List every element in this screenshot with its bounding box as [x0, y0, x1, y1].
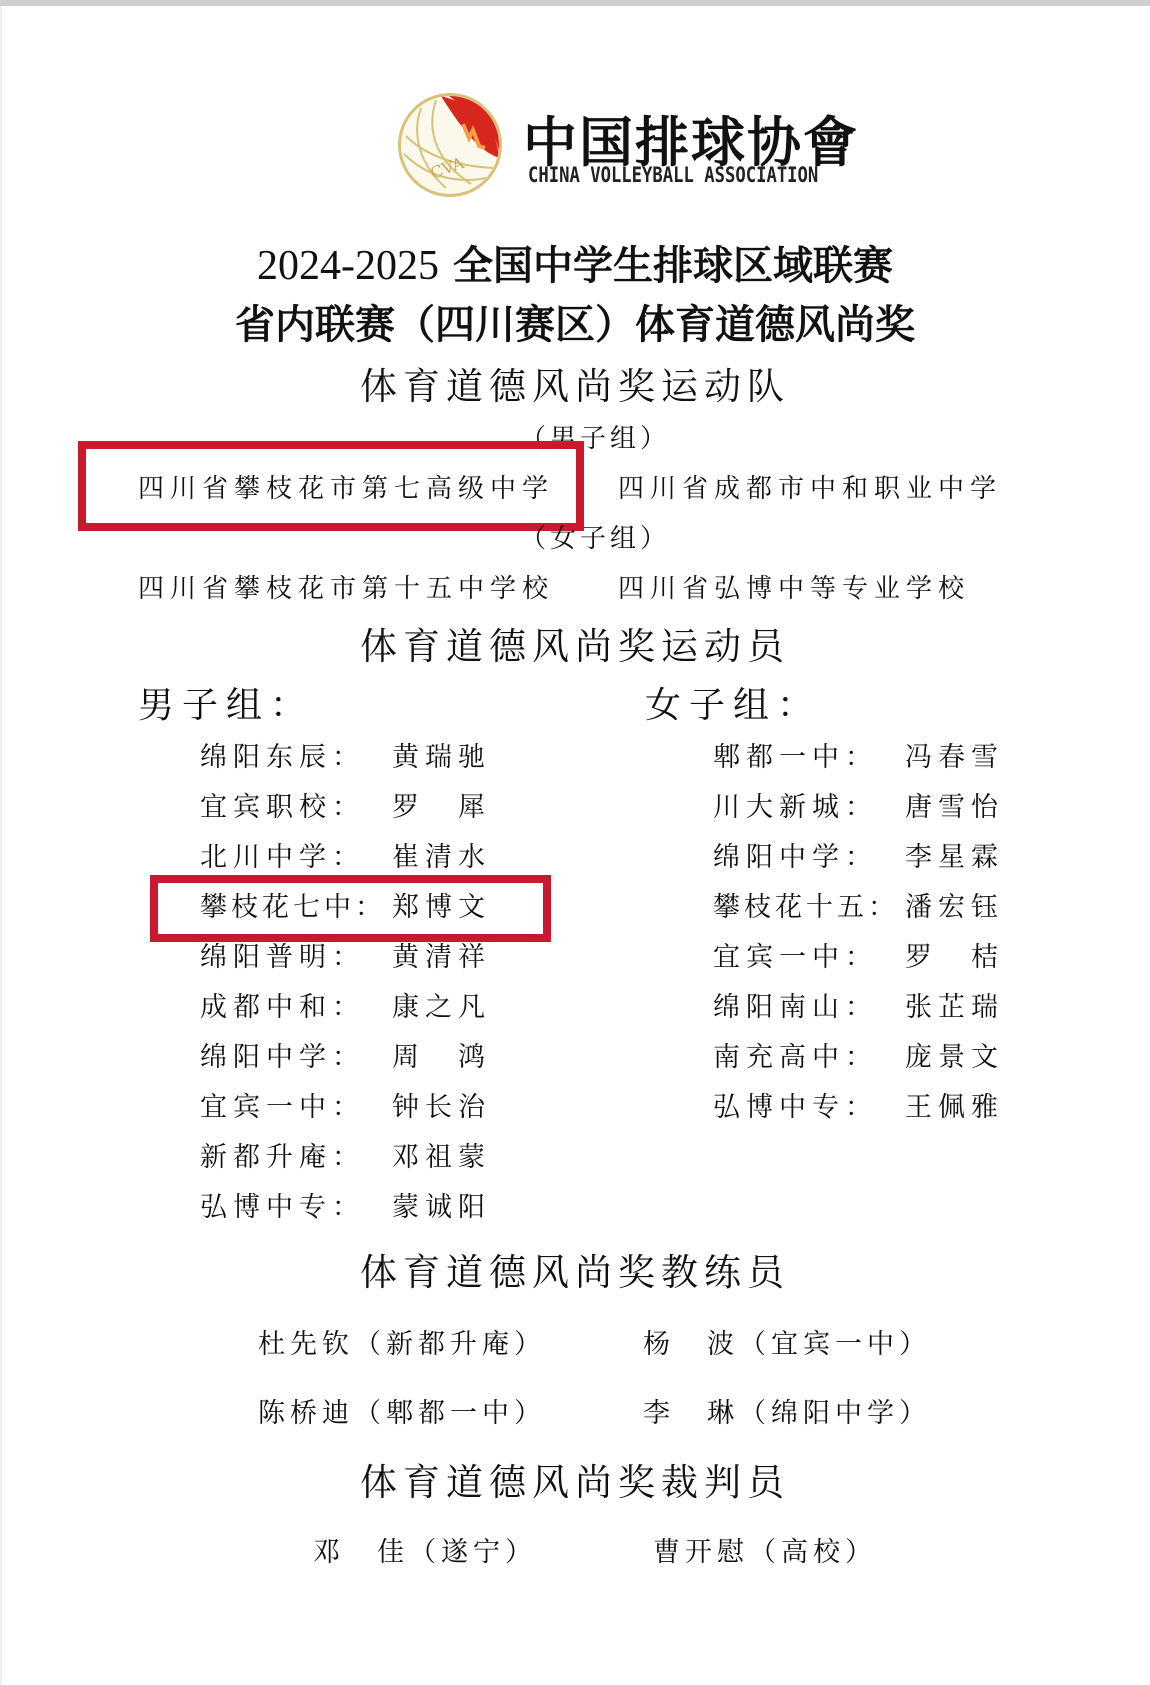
- athlete-female-name: 潘宏钰: [905, 885, 1004, 924]
- highlight-box-team: [78, 441, 584, 531]
- coach-item: 李 琳（绵阳中学）: [643, 1391, 931, 1430]
- athlete-male-org: 绵阳普明：: [200, 935, 365, 974]
- athlete-male-org: 绵阳东辰：: [200, 735, 365, 774]
- athlete-male-name: 周 鸿: [392, 1035, 491, 1074]
- athlete-female-org: 川大新城：: [713, 785, 878, 824]
- athletes-female-label: 女子组：: [645, 677, 821, 728]
- athlete-female-name: 罗 桔: [905, 935, 1004, 974]
- athlete-female-org: 宜宾一中：: [713, 935, 878, 974]
- athletes-heading: 体育道德风尚奖运动员: [0, 616, 1150, 670]
- logo-english-name: CHINA VOLLEYBALL ASSOCIATION: [528, 163, 818, 187]
- athlete-male-name: 黄瑞驰: [392, 735, 491, 774]
- emblem-svg: CVA: [401, 96, 499, 194]
- highlight-box-athlete: [150, 875, 551, 942]
- athlete-male-name: 罗 犀: [392, 785, 491, 824]
- title-year: 2024-2025: [257, 243, 439, 289]
- athlete-female-org: 郫都一中：: [713, 735, 878, 774]
- title-line-1: 2024-2025 全国中学生排球区域联赛: [0, 234, 1150, 291]
- coaches-heading: 体育道德风尚奖教练员: [0, 1242, 1150, 1296]
- top-edge: [0, 0, 1150, 6]
- team-female-2: 四川省弘博中等专业学校: [618, 568, 970, 605]
- athlete-male-name: 蒙诚阳: [392, 1185, 491, 1224]
- team-male-2: 四川省成都市中和职业中学: [618, 468, 1002, 505]
- athlete-female-name: 王佩雅: [905, 1085, 1004, 1124]
- athlete-male-name: 钟长治: [392, 1085, 491, 1124]
- athlete-female-name: 唐雪怡: [905, 785, 1004, 824]
- athlete-female-org: 绵阳中学：: [713, 835, 878, 874]
- athlete-male-name: 邓祖蒙: [392, 1135, 491, 1174]
- athlete-female-name: 张芷瑞: [905, 985, 1004, 1024]
- athlete-male-org: 成都中和：: [200, 985, 365, 1024]
- title-line-1-text: 全国中学生排球区域联赛: [439, 242, 893, 289]
- athlete-male-org: 绵阳中学：: [200, 1035, 365, 1074]
- teams-female-label: （女子组）: [520, 518, 670, 555]
- referee-item: 邓 佳（遂宁）: [313, 1530, 537, 1569]
- athlete-female-org: 绵阳南山：: [713, 985, 878, 1024]
- athlete-female-org: 南充高中：: [713, 1035, 878, 1074]
- coach-item: 陈桥迪（郫都一中）: [258, 1391, 546, 1430]
- coach-item: 杜先钦（新都升庵）: [258, 1322, 546, 1361]
- team-female-1: 四川省攀枝花市第十五中学校: [138, 568, 554, 605]
- teams-heading: 体育道德风尚奖运动队: [0, 356, 1150, 410]
- athlete-male-name: 崔清水: [392, 835, 491, 874]
- athlete-male-org: 弘博中专：: [200, 1185, 365, 1224]
- athletes-male-label: 男子组：: [138, 677, 314, 728]
- athlete-male-name: 黄清祥: [392, 935, 491, 974]
- athlete-male-org: 宜宾职校：: [200, 785, 365, 824]
- athlete-female-org: 攀枝花十五：: [713, 885, 899, 924]
- athlete-female-name: 冯春雪: [905, 735, 1004, 774]
- referee-item: 曹开慰（高校）: [653, 1530, 877, 1569]
- athlete-female-org: 弘博中专：: [713, 1085, 878, 1124]
- athlete-male-org: 北川中学：: [200, 835, 365, 874]
- athlete-female-name: 庞景文: [905, 1035, 1004, 1074]
- title-line-2: 省内联赛（四川赛区）体育道德风尚奖: [0, 293, 1150, 350]
- athlete-female-name: 李星霖: [905, 835, 1004, 874]
- athlete-male-org: 新都升庵：: [200, 1135, 365, 1174]
- referees-heading: 体育道德风尚奖裁判员: [0, 1452, 1150, 1506]
- volleyball-emblem-icon: CVA: [398, 93, 502, 197]
- athlete-male-org: 宜宾一中：: [200, 1085, 365, 1124]
- athlete-male-name: 康之凡: [392, 985, 491, 1024]
- coach-item: 杨 波（宜宾一中）: [643, 1322, 931, 1361]
